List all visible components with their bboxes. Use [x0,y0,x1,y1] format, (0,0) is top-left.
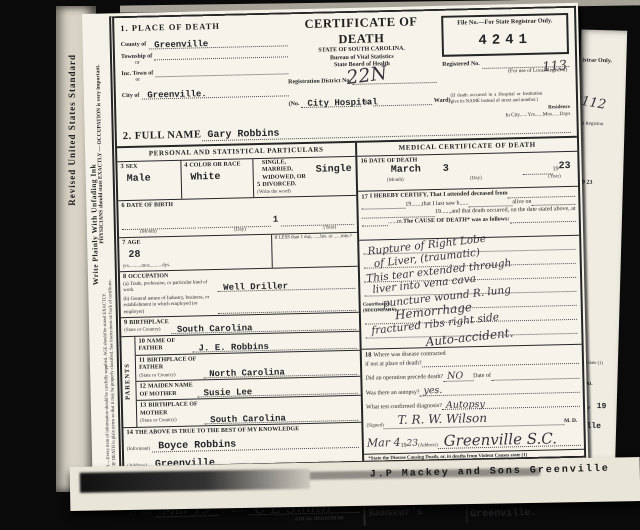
residence-label: Residence [548,104,570,111]
form-header: 1. PLACE OF DEATH County ofGreenville To… [114,8,576,101]
date-of-death-row: 16DATE OF DEATH March 3 19 23 (Month) [357,151,578,191]
signed-year-value: 23 [406,438,418,450]
registration-district-label: Registration District No. [288,78,351,87]
mother-maiden-num: 12 [139,383,146,390]
occupation-label: OCCUPATION [128,273,168,280]
questions-block: 18Where was disease contracted if not at… [362,344,584,454]
mother-maiden-value: Susie Lee [198,387,253,398]
dod-day-cap: (Day) [470,176,482,183]
occupation-b-label: (b) General nature of Industry, business… [123,295,215,316]
dob-label: DATE OF BIRTH [127,202,174,209]
right-fragment: istrar Only. [582,57,612,64]
registration-district-line: Registration District No. 22N [288,76,437,87]
birthplace-value: South Carolina [171,323,253,335]
mother-birthplace-value: South Carolina [204,413,286,425]
informant-num: 14 [126,429,133,436]
scanned-death-certificate: Revised United States Standard No. 10 is… [0,0,640,530]
race-value: White [190,171,250,185]
informant-value: Boyce Robbins [152,440,236,453]
mother-birthplace-note: (State or Country) [140,418,176,424]
filed-label: Filed [142,512,152,518]
certify-block: 17I HEREBY CERTIFY, That I attended dece… [358,186,579,240]
race-label: COLOR OR RACE [189,161,240,168]
marital-label: SINGLE, MARRIED, WIDOWED, OR DIVORCED. [262,158,315,189]
strip-title: Revised United States Standard [67,54,77,206]
mother-birthplace-num: 13 [140,402,147,409]
dod-year-cap: (Year) [548,174,561,181]
ink-smudge [80,469,310,493]
q18-autopsy: Was there an autopsy? [366,389,420,398]
dob-month-cap: (Month) [140,229,157,236]
right-fragment: al Registrar [581,121,604,127]
birthplace-note: (State or Country) [124,328,160,334]
filed-num: 15 [129,510,136,518]
registered-no-value: 113 [541,58,567,76]
birthplace-num: 9 [124,319,127,326]
test-value: Autopsy [442,398,489,410]
certify-line2b: that I last saw h...... [422,200,469,209]
file-box-label: File No.—For State Registrar Only. [446,17,563,28]
q18-where1: Where was disease contracted [373,351,445,360]
signed-cap: (Signed) [367,423,384,430]
full-name-label: 2. FULL NAME [123,128,202,143]
age-row: 7AGE 28 yrs..........mos..........dys. I… [119,233,358,273]
county-value: Greenville [148,39,208,50]
informant-cap: (Informant) [127,446,150,453]
occupation-a-label: (a) Trade, profession, or particular kin… [123,280,215,295]
hospital-note: (If death occurred in a Hospital or Inst… [450,91,542,105]
father-birthplace-label: BIRTHPLACE OF FATHER [139,356,196,371]
undertaker-value: Ramseur's [368,506,463,521]
certify-line4b: The CAUSE OF DEATH* was as follows: [403,216,509,226]
file-number-value: 4241 [447,31,564,51]
birthplace-label: BIRTHPLACE [129,319,169,326]
certify-line3a: 19......, [435,209,452,217]
physician-signature: T. R. W. Wilson [384,411,488,427]
sex-num: 3 [120,163,123,170]
dob-day-cap: (Day) [234,227,246,234]
certificate-form: 1. PLACE OF DEATH County ofGreenville To… [109,6,586,468]
father-name-value: J. E. Robbins [192,341,268,353]
father-birthplace-num: 11 [139,357,145,364]
race-cell: 4COLOR OR RACE White [181,159,254,199]
informant-label: THE ABOVE IS TRUE TO THE BEST OF MY KNOW… [135,426,299,436]
dob-year-cap: (Year) [323,225,336,232]
occupation-num: 8 [123,273,126,280]
md-label: M. D. [564,418,580,425]
operation-value: NO [443,370,467,382]
hospital-prefix: (No. [289,101,300,109]
full-name-value: Gary Robbins [201,129,279,142]
sex-cell: 3SEX Male [117,160,182,200]
sex-value: Male [127,173,178,187]
autopsy-value: yes. [419,385,446,397]
father-name-num: 10 [138,338,145,345]
file-number-box: File No.—For State Registrar Only. 4241 [441,13,569,57]
q18-operation: Did an operation precede death? [365,374,443,383]
q18-date-of: Date of [473,373,491,381]
race-num: 4 [184,161,187,168]
sex-race-marital-row: 3SEX Male 4COLOR OR RACE White 5SINGLE, … [117,156,356,201]
father-birthplace-note: (State or Country) [139,373,175,379]
certify-line2c: alive on [512,199,531,207]
dod-month-value: March [391,164,421,177]
dod-label: DATE OF DEATH [369,157,417,164]
dod-num: 16 [360,157,367,164]
q18-test: What test confirmed diagnosis? [366,403,442,412]
age-less-note: If LESS than 1 day, ......hrs. or ......… [272,233,358,268]
parents-section: PARENTS 10NAME OF FATHER J. E. Robbins [121,332,361,428]
certify-line4a: ......m. [388,219,403,227]
filed-year-prefix: 19 [222,509,228,517]
hospital-ward-label: Ward) [434,98,451,106]
certificate-title-block: CERTIFICATE OF DEATH STATE OF SOUTH CARO… [287,14,437,96]
occupation-value: Well Driller [217,281,288,293]
undertaker-address-value: Greenville. [470,507,582,522]
certify-num: 17 [361,193,368,201]
age-num: 7 [122,239,125,246]
age-label: AGE [127,240,140,246]
cause-of-death-block: Contributory(SECONDARY) Rupture of Right… [359,235,581,349]
certificate-title: CERTIFICATE OF DEATH [287,14,436,49]
signed-address-value: Greenville S.C. [437,430,557,451]
signed-date-value: Mar 4 [367,436,401,451]
date-of-birth-row: 6DATE OF BIRTH 1 (Month) (Day) (Year) [118,196,357,238]
undertaker-stamp: J.P Mackey and Sons Greenville [370,464,610,481]
marital-cell: 5SINGLE, MARRIED, WIDOWED, OR DIVORCED. … [254,156,357,197]
occupation-row: 8OCCUPATION (a) Trade, profession, or pa… [120,267,359,318]
right-fragment: 112 [580,94,607,113]
q18-where2: if not at place of death? [365,360,422,369]
dob-value: 1 [273,215,279,226]
signed-address-cap: (Address) [418,443,438,450]
dod-day-value: 3 [443,164,449,177]
file-number-block: File No.—For State Registrar Only. 4241 … [435,11,572,93]
dob-num: 6 [121,202,124,209]
marital-value: Single [316,164,352,177]
q18-num: 18 [365,352,372,360]
death-certificate-sheet: PHYSICIANS should state EXACTLY — OCCUPA… [82,3,588,474]
section1-title: 1. PLACE OF DEATH [120,19,287,33]
certify-line2a: 19......, [405,201,422,209]
marital-note: (Write the word) [257,188,353,196]
county-label: County of [121,42,147,50]
hospital-value: City Hospital [301,97,377,109]
dod-month-cap: (Month) [387,177,404,184]
registered-no-line: Registered No. 113 [442,59,569,69]
mother-birthplace-label: BIRTHPLACE OF MOTHER [140,402,198,417]
registration-district-value: 22N [345,62,388,91]
place-of-death-block: 1. PLACE OF DEATH County ofGreenville To… [120,17,288,100]
marital-num: 5 [257,181,260,188]
dod-year-value: 23 [558,161,570,174]
sex-label: SEX [126,163,138,169]
father-birthplace-value: North Carolina [203,368,285,380]
city-value: Greenville. [141,89,207,100]
parents-label: PARENTS [124,363,133,400]
mother-maiden-label: MAIDEN NAME OF MOTHER [140,383,193,398]
registered-no-label: Registered No. [442,61,480,69]
